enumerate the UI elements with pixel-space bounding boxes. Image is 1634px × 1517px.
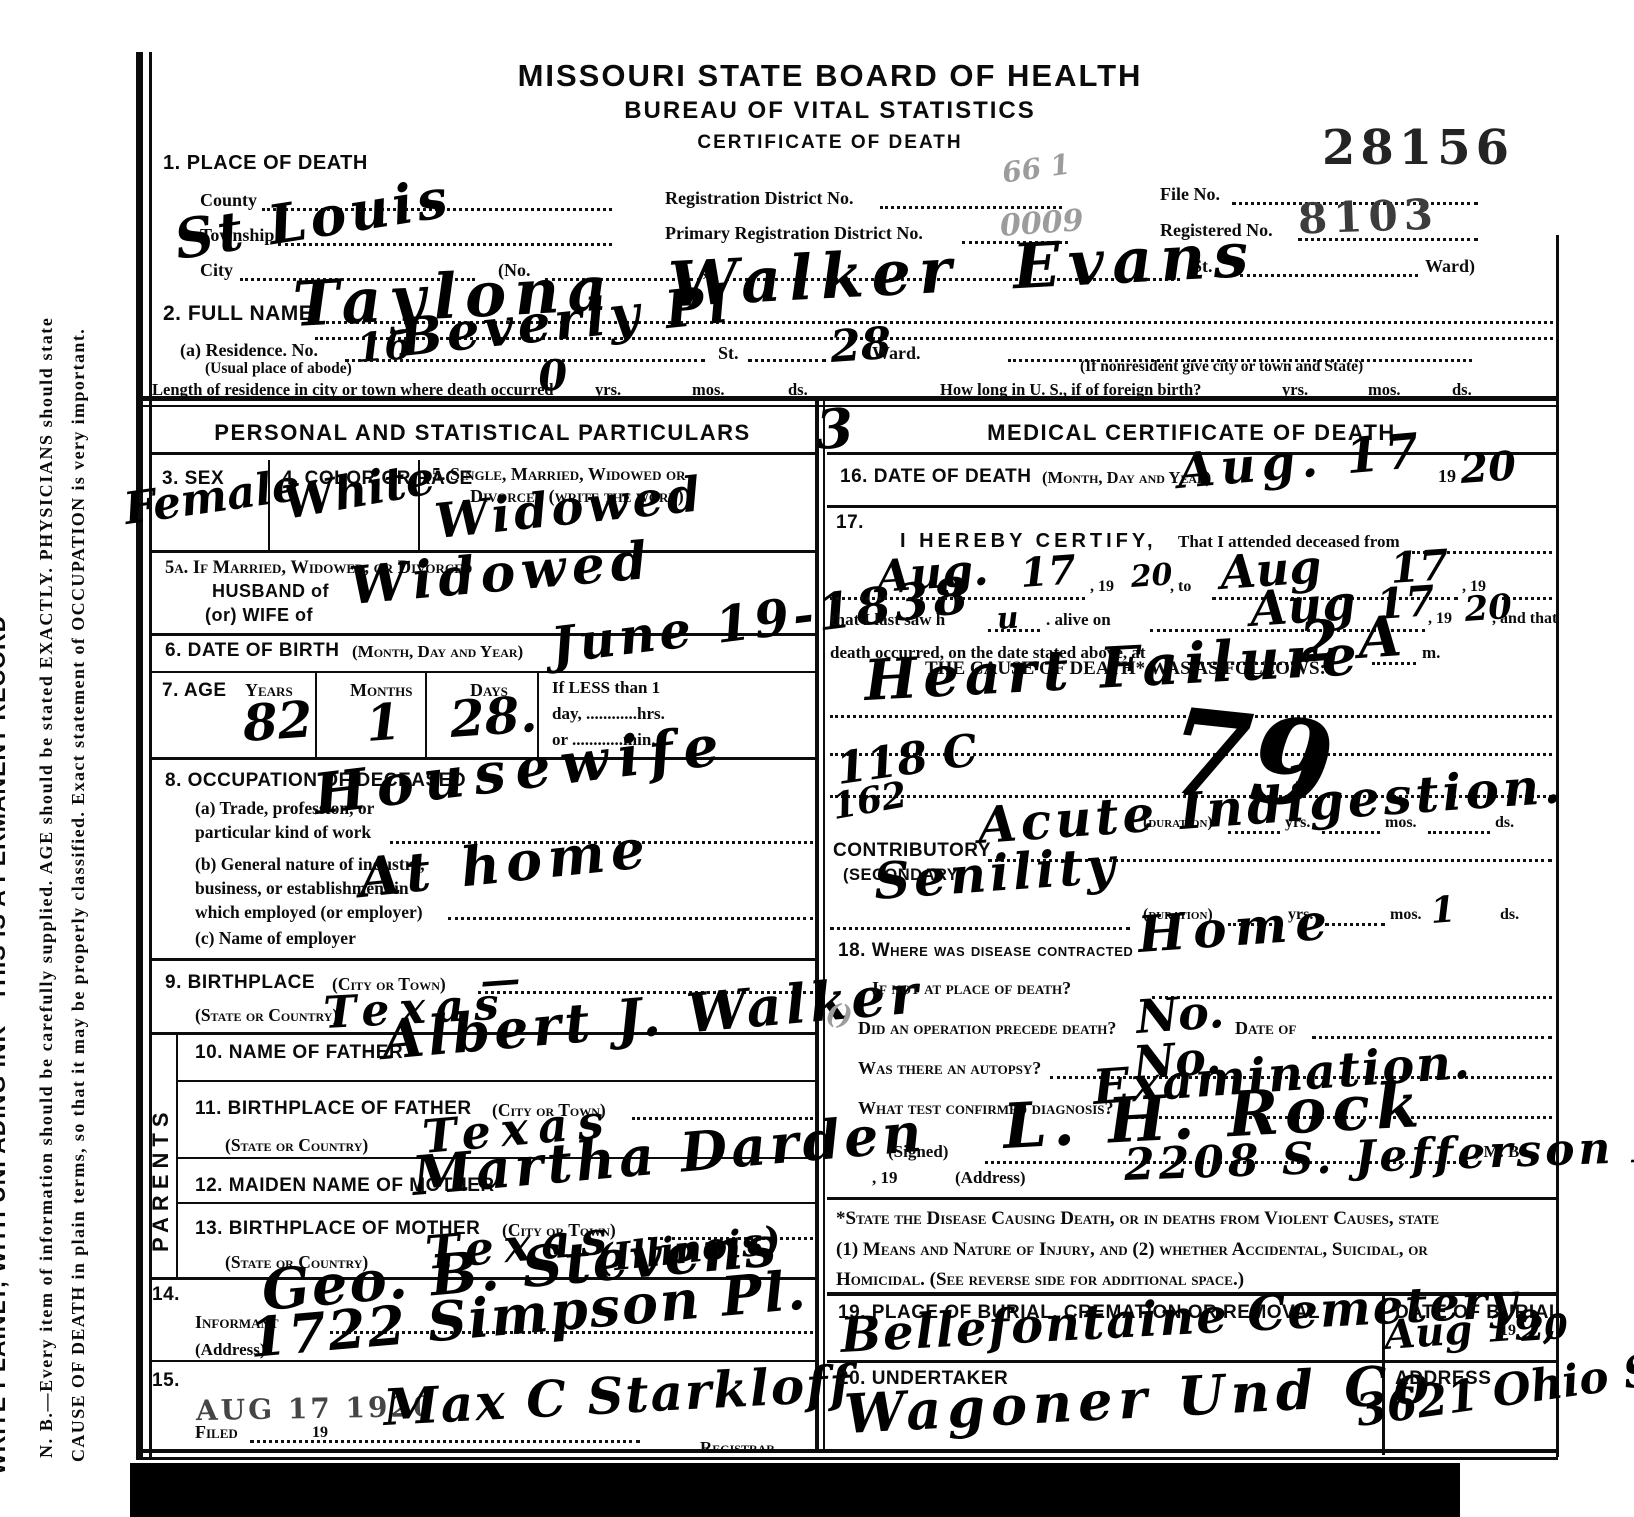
footnote-line2: (1) Means and Nature of Injury, and (2) … <box>836 1239 1428 1261</box>
certificate-number-stamp: 28156 <box>1322 120 1514 176</box>
birthplace-state-label: (State or Country) <box>195 1005 338 1026</box>
dotted-line <box>1372 659 1416 665</box>
certify-number-label: 17. <box>836 512 864 534</box>
center-handwritten-mark: 3 <box>814 396 856 462</box>
left-column-header: PERSONAL AND STATISTICAL PARTICULARS <box>150 420 815 446</box>
left-header-rule <box>150 452 815 455</box>
cell-separator <box>425 671 427 757</box>
operation-precede-label: Did an operation precede death? <box>858 1018 1116 1039</box>
cell-separator <box>315 671 317 757</box>
scan-artifact-bar <box>130 1463 1460 1517</box>
document-type: CERTIFICATE OF DEATH <box>440 132 1220 154</box>
signed-label: (Signed) <box>888 1142 948 1162</box>
rule <box>150 671 815 673</box>
dotted-line <box>448 914 813 920</box>
right-border-rule <box>1556 235 1559 1457</box>
registrar-label: Registrar <box>700 1438 775 1458</box>
yrs-label: yrs. <box>1282 380 1308 400</box>
attended-from-month-handwritten: Aug. <box>874 544 990 603</box>
dotted-line <box>830 924 1130 930</box>
last-saw-label: that I last saw h <box>830 610 945 630</box>
rule <box>176 1080 815 1082</box>
printed-year-19: 19 <box>1500 1322 1516 1340</box>
industry-handwritten-value: At home <box>355 816 654 910</box>
residence-st-label: St. <box>718 343 739 364</box>
burial-year-handwritten: 20 <box>1519 1307 1569 1350</box>
printed-year-19: , 19 <box>1428 610 1452 628</box>
autopsy-label: Was there an autopsy? <box>858 1058 1041 1079</box>
disease-contracted-label: 18. Where was disease contracted <box>838 940 1133 962</box>
bottom-rule <box>140 1449 1558 1453</box>
printed-year-19: 19 <box>1438 466 1456 487</box>
registered-no-stamp-value: 8103 <box>1297 190 1440 244</box>
dotted-line <box>250 1437 640 1443</box>
margin-note-line2: N. B.—Every item of information should b… <box>36 317 57 1458</box>
last-saw-pronoun-handwritten: u <box>996 601 1020 637</box>
father-name-label: 10. NAME OF FATHER <box>195 1042 403 1064</box>
date-of-death-label: 16. DATE OF DEATH <box>840 466 1031 488</box>
duration-mos-label: mos. <box>1390 906 1422 924</box>
dotted-line <box>748 356 826 362</box>
husband-of-label: HUSBAND of <box>212 581 329 602</box>
mos-label: mos. <box>692 380 725 400</box>
date-of-label: Date of <box>1235 1018 1296 1039</box>
rule <box>176 1202 815 1204</box>
alive-on-label: . alive on <box>1046 610 1111 630</box>
margin-note-line3: CAUSE OF DEATH in plain terms, so that i… <box>68 328 89 1462</box>
occupation-a-label-line2: particular kind of work <box>195 822 371 843</box>
city-handwritten-value: St Louis <box>170 165 455 272</box>
us-length-label: How long in U. S., if of foreign birth? <box>940 380 1201 400</box>
birthplace-label: 9. BIRTHPLACE <box>165 972 315 994</box>
age-months-handwritten: 1 <box>364 692 403 753</box>
footnote-line3: Homicidal. (See reverse side for additio… <box>836 1269 1244 1291</box>
bureau-subtitle: BUREAU OF VITAL STATISTICS <box>440 97 1220 125</box>
death-certificate-scan: WRITE PLAINLY, WITH UNFADING INK—THIS IS… <box>0 0 1634 1517</box>
registration-district-label: Registration District No. <box>665 188 853 209</box>
age-label: 7. AGE <box>162 680 227 702</box>
informant-number-label: 14. <box>152 1284 180 1306</box>
dotted-line <box>345 356 705 362</box>
time-m-label: m. <box>1422 643 1440 663</box>
duration-days-handwritten: 1 <box>1429 888 1457 932</box>
spouse-handwritten-value: Widowed <box>347 530 656 617</box>
bottom-rule-inner <box>140 1457 1558 1460</box>
length-handwritten-value: 0 <box>537 350 570 401</box>
duration-ds-label: ds. <box>1500 906 1519 924</box>
dotted-line <box>1428 828 1490 834</box>
parents-vertical-label: PARENTS <box>148 1107 174 1253</box>
column-divider-rule-inner <box>823 400 825 1452</box>
dotted-line <box>1240 271 1418 277</box>
page-title: MISSOURI STATE BOARD OF HEALTH <box>440 58 1220 94</box>
yrs-label: yrs. <box>595 380 621 400</box>
ward-paren-label: Ward) <box>1425 256 1475 277</box>
filed-year-label: 19 <box>312 1424 328 1442</box>
attended-from-year-handwritten: 20 <box>1130 557 1174 595</box>
date-of-birth-sublabel: (Month, Day and Year) <box>352 642 523 662</box>
nonresident-note: (If nonresident give city or town and St… <box>1080 358 1363 376</box>
footnote-line1: *State the Disease Causing Death, or in … <box>836 1208 1439 1230</box>
age-years-handwritten: 82 <box>241 689 315 753</box>
ward-label: Ward. <box>872 343 921 364</box>
filed-number-label: 15. <box>152 1370 180 1392</box>
ds-label: ds. <box>1452 380 1472 400</box>
registrar-signature-handwritten: Max C Starkloff <box>382 1353 855 1437</box>
occupation-c-label: (c) Name of employer <box>195 928 356 949</box>
rule <box>827 505 1556 508</box>
pencil-mark: () <box>823 996 855 1033</box>
ds-label: ds. <box>788 380 808 400</box>
physician-address-label: (Address) <box>955 1168 1026 1188</box>
attended-from-day-handwritten: 17 <box>1019 546 1078 597</box>
if-not-at-place-label: If not at place of death? <box>872 978 1071 999</box>
to-label: , to <box>1170 578 1191 596</box>
parents-bracket-rule <box>176 1032 178 1277</box>
date-of-birth-label: 6. DATE OF BIRTH <box>165 640 339 662</box>
date-of-death-year-handwritten: 20 <box>1459 442 1518 493</box>
printed-year-19: , 19 <box>872 1168 898 1188</box>
if-less-label-line1: If LESS than 1 <box>552 678 660 698</box>
column-divider-rule <box>815 400 819 1452</box>
length-of-residence-label: Length of residence in city or town wher… <box>152 380 554 400</box>
rule <box>827 1360 1556 1363</box>
and-that-label: , and that <box>1492 610 1557 628</box>
abode-note: (Usual place of abode) <box>205 360 352 378</box>
margin-note-permanent-record: WRITE PLAINLY, WITH UNFADING INK—THIS IS… <box>0 615 11 1475</box>
place-of-death-section-label: 1. PLACE OF DEATH <box>163 152 368 175</box>
file-no-label: File No. <box>1160 184 1220 205</box>
mos-label: mos. <box>1368 380 1401 400</box>
father-birthplace-state-label: (State or Country) <box>225 1135 368 1156</box>
color-race-handwritten-value: White <box>279 450 439 530</box>
printed-year-19: , 19 <box>1090 578 1114 596</box>
rule <box>827 1197 1556 1200</box>
undertaker-handwritten: Wagoner Und Co <box>843 1351 1437 1446</box>
residence-label: (a) Residence. No. <box>180 340 318 361</box>
disease-contracted-handwritten: Home <box>1136 891 1337 964</box>
left-border-rule <box>136 52 143 1460</box>
full-name-section-label: 2. FULL NAME <box>163 302 313 326</box>
wife-of-label: (or) WIFE of <box>205 605 313 626</box>
